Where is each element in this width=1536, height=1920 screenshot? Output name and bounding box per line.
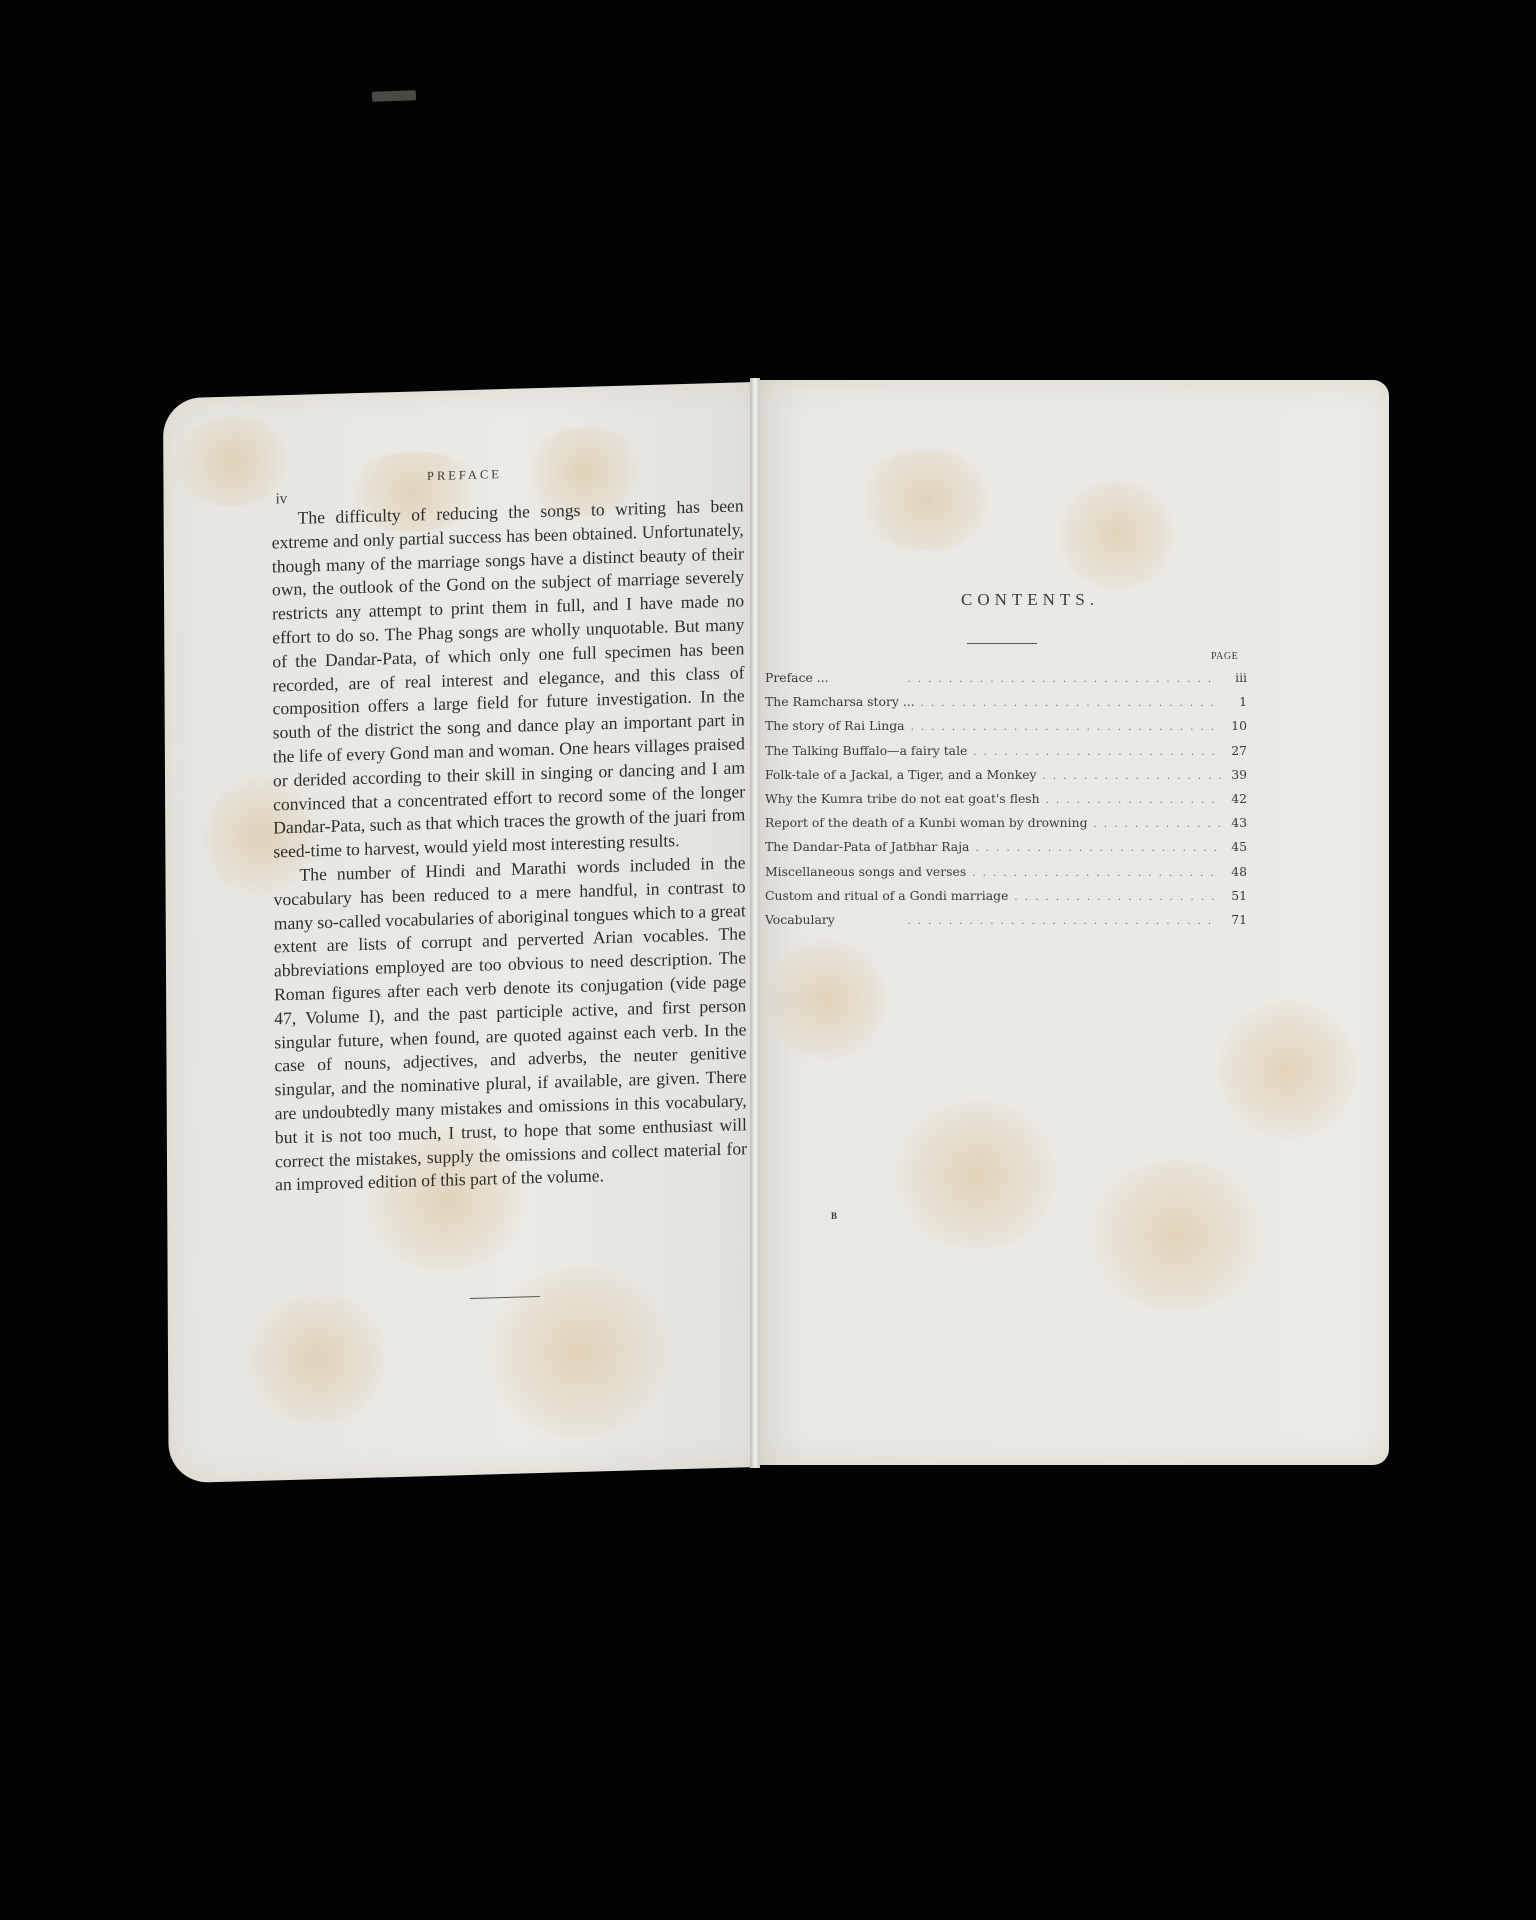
toc-dot-leader: . . . . . . . . . . . . . . . . . . . . …: [1043, 771, 1221, 782]
toc-entry-page: 27: [1221, 743, 1247, 758]
toc-entry-title: Report of the death of a Kunbi woman by …: [765, 815, 1094, 830]
toc-entry-title: The Ramcharsa story ...: [765, 694, 921, 709]
foxing-stain: [248, 1292, 389, 1426]
heading-rule: [967, 643, 1037, 644]
foxing-stain: [897, 1100, 1057, 1250]
toc-entry-page: iii: [1221, 670, 1247, 685]
toc-entry-page: 39: [1221, 767, 1247, 782]
left-page: iv PREFACE The difficulty of reducing th…: [163, 382, 761, 1483]
toc-dot-leader: . . . . . . . . . . . . . . . . . . . . …: [911, 722, 1221, 733]
toc-entry-title: The story of Rai Linga: [765, 718, 911, 733]
toc-dot-leader: . . . . . . . . . . . . . . . . . . . . …: [1094, 819, 1221, 830]
toc-entry: The Talking Buffalo—a fairy tale . . . .…: [765, 743, 1247, 767]
toc-entry-title: Miscellaneous songs and verses: [765, 864, 972, 879]
toc-dot-leader: . . . . . . . . . . . . . . . . . . . . …: [835, 674, 1221, 685]
toc-entry: Report of the death of a Kunbi woman by …: [765, 815, 1247, 839]
toc-dot-leader: . . . . . . . . . . . . . . . . . . . . …: [975, 843, 1221, 854]
running-head: PREFACE: [163, 460, 755, 492]
toc-entry: Custom and ritual of a Gondi marriage . …: [765, 888, 1247, 912]
foxing-stain: [488, 1264, 669, 1439]
foxing-stain: [1217, 1000, 1357, 1140]
toc-dot-leader: . . . . . . . . . . . . . . . . . . . . …: [973, 747, 1221, 758]
toc-entry-page: 10: [1221, 718, 1247, 733]
preface-paragraph: The difficulty of reducing the songs to …: [272, 494, 746, 864]
toc-entry-page: 43: [1221, 815, 1247, 830]
toc-entry-title: The Talking Buffalo—a fairy tale: [765, 743, 973, 758]
toc-entry-page: 48: [1221, 864, 1247, 879]
toc-entry: Why the Kumra tribe do not eat goat's fl…: [765, 791, 1247, 815]
toc-entry-page: 45: [1221, 839, 1247, 854]
right-page: CONTENTS. PAGE Preface ... . . . . . . .…: [757, 380, 1389, 1465]
toc-dot-leader: . . . . . . . . . . . . . . . . . . . . …: [921, 698, 1221, 709]
book-spine-gutter: [750, 378, 760, 1468]
toc-entry-title: Folk-tale of a Jackal, a Tiger, and a Mo…: [765, 767, 1043, 782]
section-end-rule: [470, 1296, 540, 1299]
foxing-stain: [1087, 1160, 1267, 1310]
page-column-label: PAGE: [1211, 651, 1238, 662]
toc-dot-leader: . . . . . . . . . . . . . . . . . . . . …: [1046, 795, 1221, 806]
foxing-stain: [767, 940, 887, 1060]
printer-signature-mark: B: [831, 1211, 837, 1221]
toc-dot-leader: . . . . . . . . . . . . . . . . . . . . …: [1014, 892, 1221, 903]
toc-entry-title: Vocabulary: [765, 912, 841, 927]
preface-body: The difficulty of reducing the songs to …: [272, 494, 748, 1197]
toc-entry-page: 51: [1221, 888, 1247, 903]
toc-entry: Vocabulary . . . . . . . . . . . . . . .…: [765, 912, 1247, 936]
toc-entry: Folk-tale of a Jackal, a Tiger, and a Mo…: [765, 767, 1247, 791]
foxing-stain: [857, 450, 997, 550]
toc-entry-title: Preface ...: [765, 670, 835, 685]
debris-fleck: [372, 90, 416, 102]
foxing-stain: [1057, 480, 1177, 590]
toc-entry: Miscellaneous songs and verses . . . . .…: [765, 864, 1247, 888]
toc-entry: The Dandar-Pata of Jatbhar Raja . . . . …: [765, 839, 1247, 863]
page-number: iv: [276, 491, 288, 508]
toc-dot-leader: . . . . . . . . . . . . . . . . . . . . …: [841, 916, 1221, 927]
toc-entry-page: 71: [1221, 912, 1247, 927]
toc-entry: The story of Rai Linga . . . . . . . . .…: [765, 718, 1247, 742]
toc-entry: Preface ... . . . . . . . . . . . . . . …: [765, 670, 1247, 694]
toc-entry-title: Custom and ritual of a Gondi marriage: [765, 888, 1014, 903]
table-of-contents: Preface ... . . . . . . . . . . . . . . …: [765, 670, 1247, 936]
toc-entry: The Ramcharsa story ... . . . . . . . . …: [765, 694, 1247, 718]
toc-dot-leader: . . . . . . . . . . . . . . . . . . . . …: [972, 868, 1221, 879]
toc-entry-page: 1: [1221, 694, 1247, 709]
preface-paragraph: The number of Hindi and Marathi words in…: [273, 851, 747, 1197]
toc-entry-page: 42: [1221, 791, 1247, 806]
toc-entry-title: Why the Kumra tribe do not eat goat's fl…: [765, 791, 1046, 806]
contents-heading: CONTENTS.: [757, 590, 1265, 610]
toc-entry-title: The Dandar-Pata of Jatbhar Raja: [765, 839, 975, 854]
